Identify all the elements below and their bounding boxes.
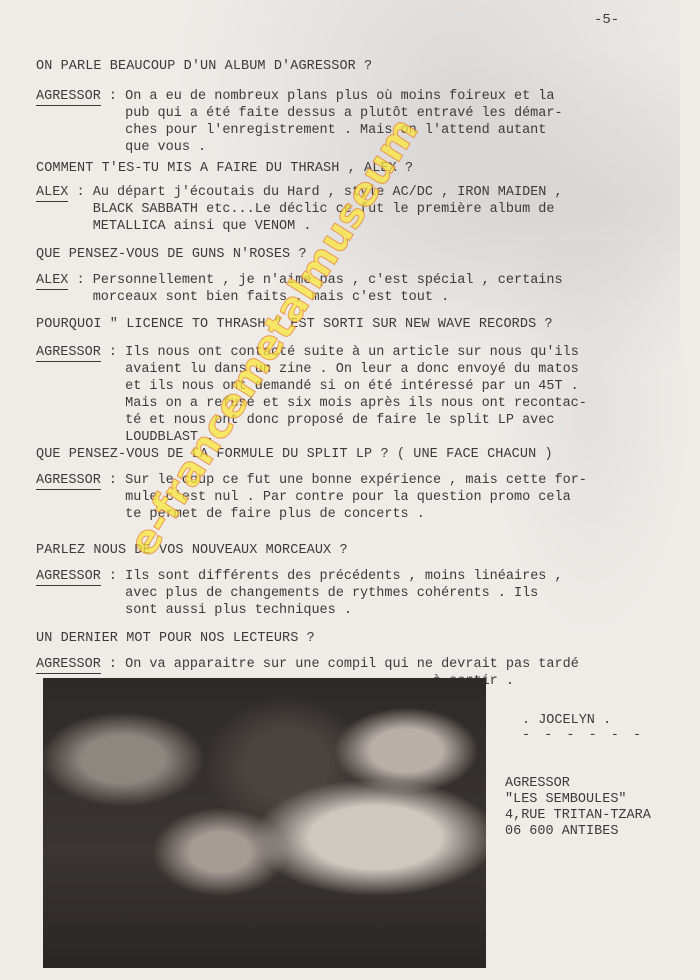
speaker-name: AGRESSOR — [36, 569, 101, 586]
interview-question: QUE PENSEZ-VOUS DE GUNS N'ROSES ? — [36, 246, 307, 263]
page-number: -5- — [594, 12, 619, 28]
interview-question: UN DERNIER MOT POUR NOS LECTEURS ? — [36, 630, 315, 647]
interview-answer: ALEX : Personnellement , je n'aime pas ,… — [36, 272, 563, 306]
speaker-separator: : — [68, 185, 92, 200]
address-line: "LES SEMBOULES" — [505, 792, 651, 808]
interview-answer: AGRESSOR : Sur le coup ce fut une bonne … — [36, 472, 587, 523]
speaker-name: AGRESSOR — [36, 89, 101, 106]
speaker-separator: : — [101, 569, 125, 584]
interview-question: PARLEZ NOUS DE VOS NOUVEAUX MORCEAUX ? — [36, 542, 348, 559]
interview-answer: AGRESSOR : Ils nous ont contacté suite à… — [36, 344, 587, 446]
speaker-name: AGRESSOR — [36, 657, 101, 674]
speaker-separator: : — [101, 657, 125, 672]
band-photo — [43, 678, 486, 968]
speaker-separator: : — [68, 273, 92, 288]
interview-question: COMMENT T'ES-TU MIS A FAIRE DU THRASH , … — [36, 160, 413, 177]
speaker-separator: : — [101, 345, 125, 360]
speaker-separator: : — [101, 473, 125, 488]
speaker-separator: : — [101, 89, 125, 104]
interview-answer: ALEX : Au départ j'écoutais du Hard , st… — [36, 184, 563, 235]
speaker-name: ALEX — [36, 273, 68, 290]
interview-question: QUE PENSEZ-VOUS DE LA FORMULE DU SPLIT L… — [36, 446, 553, 463]
speaker-name: ALEX — [36, 185, 68, 202]
address-line: 06 600 ANTIBES — [505, 824, 651, 840]
contact-address: AGRESSOR "LES SEMBOULES" 4,RUE TRITAN-TZ… — [505, 776, 651, 840]
answer-text: Au départ j'écoutais du Hard , style AC/… — [36, 185, 563, 234]
interview-answer: AGRESSOR : On a eu de nombreux plans plu… — [36, 88, 563, 156]
address-line: 4,RUE TRITAN-TZARA — [505, 808, 651, 824]
answer-text: Personnellement , je n'aime pas , c'est … — [36, 273, 563, 305]
signature-underline: - - - - - - — [522, 728, 644, 743]
speaker-name: AGRESSOR — [36, 345, 101, 362]
answer-text: Ils nous ont contacté suite à un article… — [36, 345, 587, 445]
interview-question: POURQUOI " LICENCE TO THRASH " EST SORTI… — [36, 316, 553, 333]
speaker-name: AGRESSOR — [36, 473, 101, 490]
interview-answer: AGRESSOR : Ils sont différents des précé… — [36, 568, 563, 619]
interview-question: ON PARLE BEAUCOUP D'UN ALBUM D'AGRESSOR … — [36, 58, 372, 75]
address-line: AGRESSOR — [505, 776, 651, 792]
author-signature: . JOCELYN . — [522, 712, 611, 729]
